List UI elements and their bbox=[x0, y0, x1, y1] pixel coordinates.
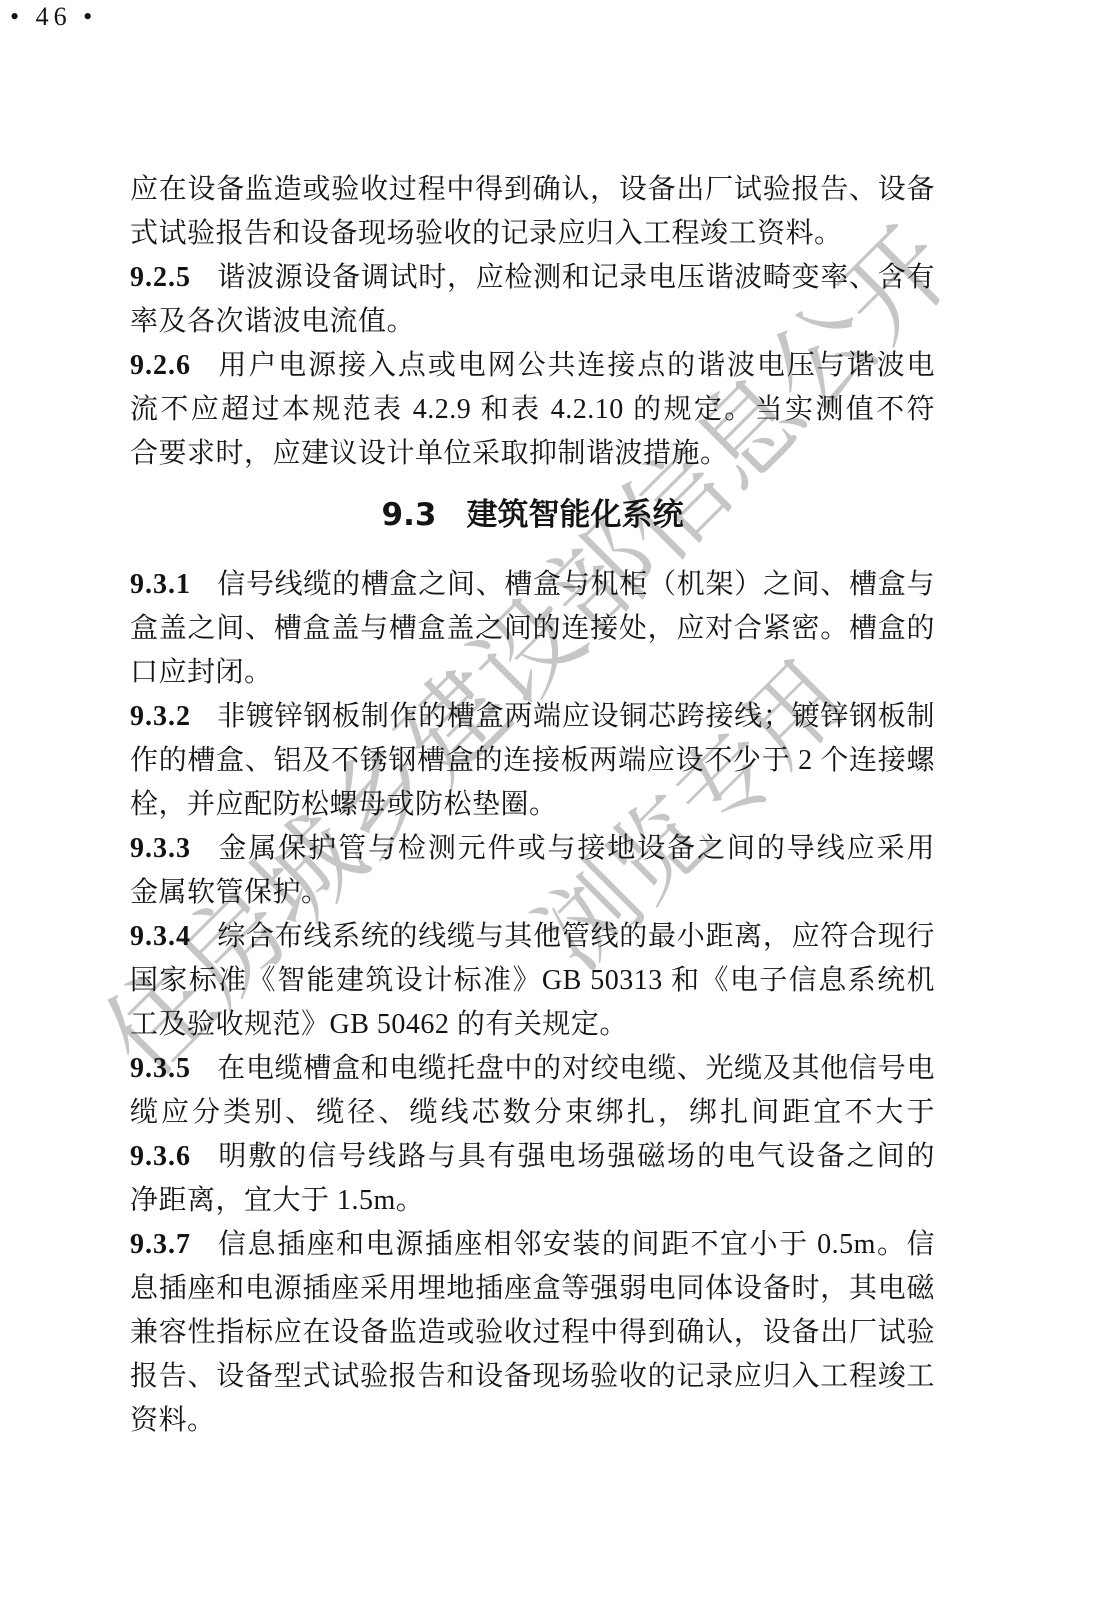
text-line: 9.3.2非镀锌钢板制作的槽盒两端应设铜芯跨接线；镀锌钢板制 bbox=[130, 695, 935, 739]
text-line: 息插座和电源插座采用埋地插座盒等强弱电同体设备时，其电磁 bbox=[130, 1267, 935, 1311]
clause-number: 9.3.2 bbox=[130, 701, 191, 732]
clause-number: 9.3.5 bbox=[130, 1053, 191, 1084]
text-line: 报告、设备型式试验报告和设备现场验收的记录应归入工程竣工 bbox=[130, 1355, 935, 1399]
clause-number: 9.3.3 bbox=[130, 833, 191, 864]
text-line: 流不应超过本规范表 4.2.9 和表 4.2.10 的规定。当实测值不符 bbox=[130, 388, 935, 432]
text-line: 9.2.6用户电源接入点或电网公共连接点的谐波电压与谐波电 bbox=[130, 344, 935, 388]
text-line: 9.3.6明敷的信号线路与具有强电场强磁场的电气设备之间的 bbox=[130, 1135, 935, 1179]
text-line: 盒盖之间、槽盒盖与槽盒盖之间的连接处，应对合紧密。槽盒的端 bbox=[130, 607, 935, 651]
text-line: 率及各次谐波电流值。 bbox=[130, 300, 935, 344]
text-line: 应在设备监造或验收过程中得到确认，设备出厂试验报告、设备型 bbox=[130, 168, 935, 212]
clause-number: 9.3.7 bbox=[130, 1229, 191, 1260]
text-line: 9.3.1信号线缆的槽盒之间、槽盒与机柜（机架）之间、槽盒与槽 bbox=[130, 563, 935, 607]
clause-number: 9.2.6 bbox=[130, 350, 191, 381]
text-line: 栓，并应配防松螺母或防松垫圈。 bbox=[130, 783, 935, 827]
text-line: 缆应分类别、缆径、缆线芯数分束绑扎，绑扎间距宜不大于 1.5m。 bbox=[130, 1091, 935, 1135]
text-line: 9.2.5谐波源设备调试时，应检测和记录电压谐波畸变率、含有 bbox=[130, 256, 935, 300]
text-line: 口应封闭。 bbox=[130, 651, 935, 695]
clause-number: 9.3.6 bbox=[130, 1141, 191, 1172]
text-line: 合要求时，应建议设计单位采取抑制谐波措施。 bbox=[130, 432, 935, 476]
heading-title: 建筑智能化系统 bbox=[466, 497, 683, 533]
clause-number: 9.2.5 bbox=[130, 262, 191, 293]
page-number: • 46 • bbox=[0, 2, 1103, 32]
document-page: 住房城乡建设部信息公开 浏览专用 应在设备监造或验收过程中得到确认，设备出厂试验… bbox=[0, 0, 1103, 1599]
text-line: 9.3.5在电缆槽盒和电缆托盘中的对绞电缆、光缆及其他信号电 bbox=[130, 1047, 935, 1091]
clause-number: 9.3.4 bbox=[130, 921, 191, 952]
section-heading: 9.3建筑智能化系统 bbox=[130, 493, 935, 537]
text-line: 作的槽盒、铝及不锈钢槽盒的连接板两端应设不少于 2 个连接螺 bbox=[130, 739, 935, 783]
text-line: 9.3.7信息插座和电源插座相邻安装的间距不宜小于 0.5m。信 bbox=[130, 1223, 935, 1267]
document-body: 应在设备监造或验收过程中得到确认，设备出厂试验报告、设备型式试验报告和设备现场验… bbox=[130, 168, 935, 1443]
text-line: 9.3.3金属保护管与检测元件或与接地设备之间的导线应采用 bbox=[130, 827, 935, 871]
text-line: 9.3.4综合布线系统的线缆与其他管线的最小距离，应符合现行 bbox=[130, 915, 935, 959]
text-line: 兼容性指标应在设备监造或验收过程中得到确认，设备出厂试验 bbox=[130, 1311, 935, 1355]
text-line: 国家标准《智能建筑设计标准》GB 50313 和《电子信息系统机房施 bbox=[130, 959, 935, 1003]
clause-number: 9.3.1 bbox=[130, 569, 191, 600]
text-line: 式试验报告和设备现场验收的记录应归入工程竣工资料。 bbox=[130, 212, 935, 256]
heading-number: 9.3 bbox=[382, 497, 437, 533]
text-line: 工及验收规范》GB 50462 的有关规定。 bbox=[130, 1003, 935, 1047]
text-line: 金属软管保护。 bbox=[130, 871, 935, 915]
text-line: 资料。 bbox=[130, 1399, 935, 1443]
text-line: 净距离，宜大于 1.5m。 bbox=[130, 1179, 935, 1223]
